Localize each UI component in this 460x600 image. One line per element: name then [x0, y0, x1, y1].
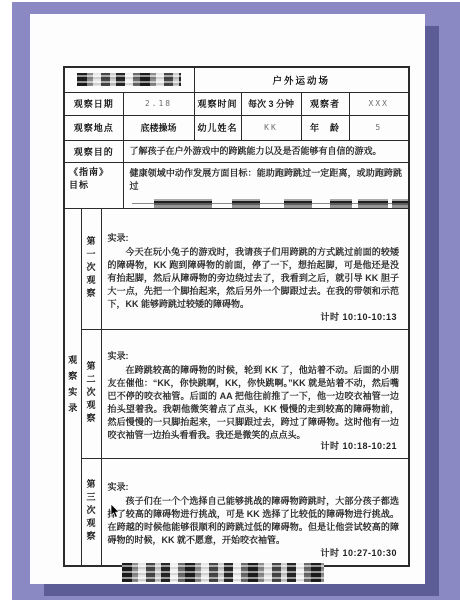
redacted-guide-line [132, 199, 403, 208]
time-value: 每次 3 分钟 [241, 92, 301, 115]
observation-2-label-cell: 第二次观察 [81, 329, 101, 458]
observer-label: 观察者 [301, 92, 349, 115]
table-row: 观察实录 第一次观察 实录: 今天在玩小兔子的游戏时，我请孩子们用跨跳的方式跳过… [64, 208, 409, 329]
age-label: 年 龄 [301, 115, 349, 140]
table-row: 户外运动场 [64, 67, 409, 92]
guide-label: 《指南》目标 [65, 163, 123, 195]
date-label: 观察日期 [64, 92, 123, 115]
observation-1-cell: 实录: 今天在玩小兔子的游戏时，我请孩子们用跨跳的方式跳过前面的较矮的障碍物，K… [101, 208, 409, 329]
log-label: 实录: [102, 345, 409, 362]
venue-title: 户外运动场 [195, 73, 409, 87]
observation-3-cell: 实录: 孩子们在一个个选择自己能够挑战的障碍物跨跳时，大部分孩子都选择了较高的障… [101, 458, 409, 566]
observation-2-text: 在跨跳较高的障碍物的时候，轮到 KK 了，他站着不动。后面的小朋友在催他：“KK… [102, 362, 409, 442]
table-row: 观察目的 了解孩子在户外游戏中的跨跳能力以及是否能够有自信的游戏。 [64, 140, 409, 162]
mouse-cursor-icon [110, 504, 120, 518]
place-value: 底楼操场 [123, 115, 194, 140]
purpose-label: 观察目的 [64, 140, 123, 162]
guide-cell: 健康领域中动作发展方面目标：能助跑跨跳过一定距离，或助跑跨跳过 [123, 162, 409, 208]
table-row: 观察地点 底楼操场 幼儿姓名 KK 年 龄 5 [64, 115, 409, 140]
observation-1-time: 计时 10:10-10:13 [320, 310, 397, 323]
time-label: 观察时间 [194, 92, 241, 115]
observation-3-label-cell: 第三次观察 [81, 458, 101, 566]
observation-3-label: 第三次观察 [85, 479, 98, 544]
age-value: 5 [349, 115, 409, 140]
observation-2-cell: 实录: 在跨跳较高的障碍物的时候，轮到 KK 了，他站着不动。后面的小朋友在催他… [101, 329, 409, 458]
purpose-text: 了解孩子在户外游戏中的跨跳能力以及是否能够有自信的游戏。 [124, 141, 409, 162]
redacted-title-cell [64, 67, 194, 92]
observation-3-text: 孩子们在一个个选择自己能够挑战的障碍物跨跳时，大部分孩子都选择了较高的障碍物进行… [102, 493, 409, 547]
observation-1-label: 第一次观察 [85, 236, 98, 301]
observation-3-time: 计时 10:27-10:30 [320, 546, 397, 559]
guide-text: 健康领域中动作发展方面目标：能助跑跨跳过一定距离，或助跑跨跳过 [124, 163, 409, 197]
log-label: 实录: [102, 476, 409, 493]
guide-label-cell: 《指南》目标 [64, 162, 123, 208]
child-name-label: 幼儿姓名 [194, 115, 241, 140]
purpose-cell: 了解孩子在户外游戏中的跨跳能力以及是否能够有自信的游戏。 [123, 140, 409, 162]
log-label: 实录: [102, 227, 409, 244]
place-label: 观察地点 [64, 115, 123, 140]
observer-value: XXX [349, 92, 409, 115]
date-value: 2.18 [123, 92, 194, 115]
table-row: 《指南》目标 健康领域中动作发展方面目标：能助跑跨跳过一定距离，或助跑跨跳过 [64, 162, 409, 208]
table-row: 观察日期 2.18 观察时间 每次 3 分钟 观察者 XXX [64, 92, 409, 115]
redacted-title-image [77, 73, 181, 86]
observation-2-time: 计时 10:18-10:21 [320, 439, 397, 452]
observation-2-label: 第二次观察 [85, 361, 98, 426]
venue-cell: 户外运动场 [194, 67, 409, 92]
document-page: 户外运动场 观察日期 2.18 观察时间 每次 3 分钟 观察者 XXX 观察地… [30, 14, 425, 584]
redacted-footer-text [122, 563, 324, 582]
screenshot-stage: 户外运动场 观察日期 2.18 观察时间 每次 3 分钟 观察者 XXX 观察地… [0, 0, 460, 600]
records-column-cell: 观察实录 [64, 208, 81, 566]
observation-record-table: 户外运动场 观察日期 2.18 观察时间 每次 3 分钟 观察者 XXX 观察地… [63, 66, 410, 567]
table-row: 第二次观察 实录: 在跨跳较高的障碍物的时候，轮到 KK 了，他站着不动。后面的… [64, 329, 409, 458]
records-column-label: 观察实录 [66, 355, 79, 419]
observation-1-text: 今天在玩小兔子的游戏时，我请孩子们用跨跳的方式跳过前面的较矮的障碍物，KK 跑到… [102, 244, 409, 311]
observation-1-label-cell: 第一次观察 [81, 208, 101, 329]
child-name-value: KK [241, 115, 301, 140]
